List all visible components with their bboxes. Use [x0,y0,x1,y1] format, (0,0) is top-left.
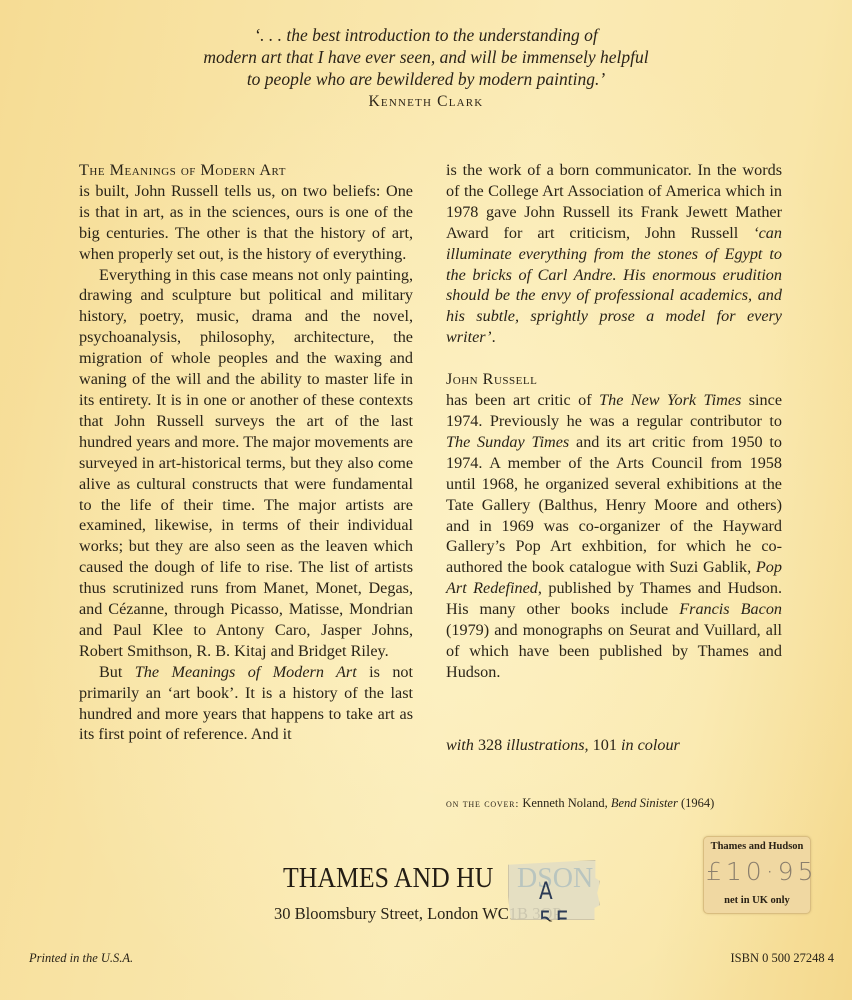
text: illustrations, [502,736,592,754]
price-sticker: Thames and Hudson £10·95 net in UK only [703,836,811,914]
italic-title: The Sunday Times [446,433,569,451]
book-title-heading: The Meanings of Modern Art [79,160,413,181]
right-column: is the work of a born communicator. In t… [446,160,782,683]
quote-author: Kenneth Clark [0,93,852,111]
quote-line: modern art that I have ever seen, and wi… [150,46,702,68]
sticker-handwriting: A 5E [539,876,599,934]
cover-year: (1964) [678,796,714,810]
paragraph: Everything in this case means not only p… [79,265,413,662]
left-column: The Meanings of Modern Art is built, Joh… [79,160,413,745]
author-bio: has been art critic of The New York Time… [446,390,782,683]
book-title-italic: The Meanings of Modern Art [135,663,357,681]
italic-title: The New York Times [599,391,741,409]
italic-title: Francis Bacon [679,600,782,618]
paragraph: But The Meanings of Modern Art is not pr… [79,662,413,746]
text: (1979) and monographs on Seurat and Vuil… [446,621,782,681]
quote-line: to people who are bewildered by modern p… [150,68,702,90]
text: with [446,736,478,754]
text: has been art critic of [446,391,599,409]
paragraph: is the work of a born communicator. In t… [446,160,782,348]
text: and its art critic from 1950 to 1974. A … [446,433,782,576]
cover-artist: Kenneth Noland, [519,796,611,810]
quote-line: ‘. . . the best introduction to the unde… [150,24,702,46]
cover-label: on the cover: [446,798,519,810]
text: in colour [617,736,680,754]
award-quote: ‘can illuminate everything from the ston… [446,224,782,347]
price: £10·95 [706,857,810,886]
colour-count: 101 [593,736,617,754]
cover-credit: on the cover: Kenneth Noland, Bend Sinis… [446,796,714,811]
text: But [99,663,135,681]
price-note: net in UK only [704,895,810,906]
text: . [492,328,496,346]
text: is the work of a born communicator. In t… [446,161,782,242]
spacer [446,348,782,369]
blurb-quote: ‘. . . the best introduction to the unde… [150,24,702,90]
paragraph: is built, John Russell tells us, on two … [79,181,413,265]
isbn: ISBN 0 500 27248 4 [731,951,834,966]
illustrations-note: with 328 illustrations, 101 in colour [446,736,680,755]
printed-in: Printed in the U.S.A. [29,951,133,966]
price-sticker-brand: Thames and Hudson [704,841,810,852]
publisher-name: THAMES AND HU [283,862,493,896]
author-heading: John Russell [446,369,782,390]
cover-work: Bend Sinister [611,796,678,810]
illustration-count: 328 [478,736,502,754]
library-sticker: DSON A 5E [508,860,600,920]
